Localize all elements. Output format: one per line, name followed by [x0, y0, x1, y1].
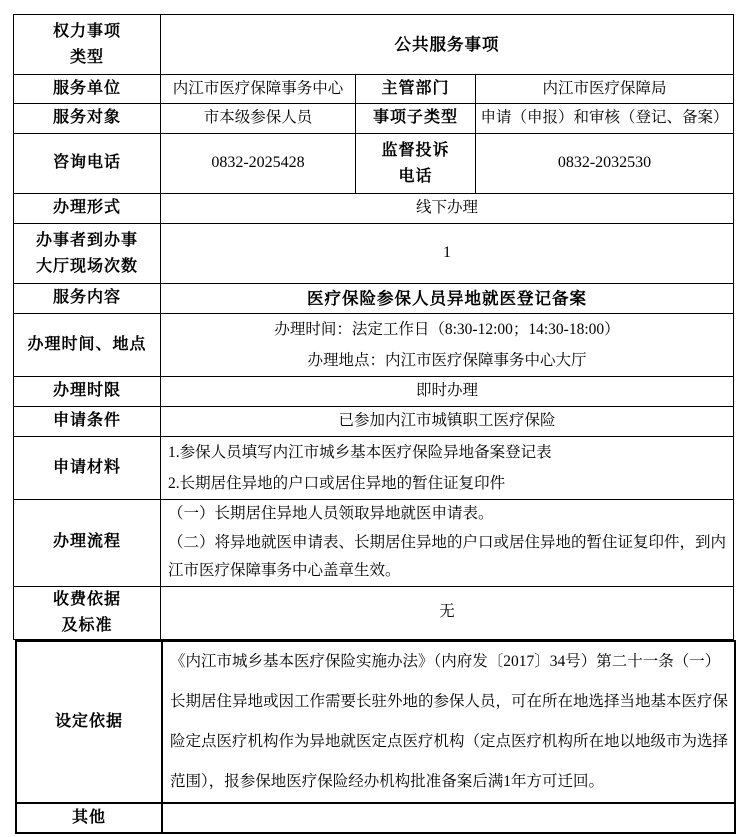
setting-basis-line2: 长期居住异地或因工作需要长驻外地的参保人员，可在所在地选择当地基本医疗保	[170, 682, 730, 722]
handling-process-label: 办理流程	[14, 500, 161, 587]
handling-time-place-value: 办理时间：法定工作日（8:30-12:00；14:30-18:00） 办理地点：…	[161, 314, 734, 377]
application-materials-item1: 1.参保人员填写内江市城乡基本医疗保险异地备案登记表	[168, 437, 729, 468]
power-item-type-label-line2: 类型	[14, 45, 160, 71]
document-page: { "table1": { "rows": [ { "label": ["权力事…	[0, 0, 750, 837]
visit-count-label-line2: 大厅现场次数	[14, 254, 160, 280]
row-service-content: 服务内容 医疗保险参保人员异地就医登记备案	[14, 284, 734, 314]
setting-basis-line4: 范围），报参保地医疗保险经办机构批准备案后满1年方可迁回。	[170, 762, 730, 802]
item-subtype-value: 申请（申报）和审核（登记、备案）	[476, 104, 734, 134]
service-info-table-part1: 权力事项 类型 公共服务事项 服务单位 内江市医疗保障事务中心 主管部门 内江市…	[13, 14, 734, 640]
row-application-materials: 申请材料 1.参保人员填写内江市城乡基本医疗保险异地备案登记表 2.长期居住异地…	[14, 437, 734, 500]
power-item-type-value: 公共服务事项	[161, 15, 734, 75]
application-materials-value: 1.参保人员填写内江市城乡基本医疗保险异地备案登记表 2.长期居住异地的户口或居…	[161, 437, 734, 500]
visit-count-label-line1: 办事者到办事	[14, 228, 160, 254]
visit-count-label: 办事者到办事 大厅现场次数	[14, 224, 161, 284]
row-fee-basis: 收费依据 及标准 无	[14, 586, 734, 639]
other-value	[162, 803, 735, 833]
setting-basis-label: 设定依据	[16, 641, 162, 803]
handling-time-line: 办理时间：法定工作日（8:30-12:00；14:30-18:00）	[161, 314, 733, 345]
row-handling-time-place: 办理时间、地点 办理时间：法定工作日（8:30-12:00；14:30-18:0…	[14, 314, 734, 377]
row-handling-time-limit: 办理时限 即时办理	[14, 377, 734, 407]
service-content-value: 医疗保险参保人员异地就医登记备案	[161, 284, 734, 314]
row-phones: 咨询电话 0832-2025428 监督投诉 电话 0832-2032530	[14, 134, 734, 194]
setting-basis-line3: 险定点医疗机构作为异地就医定点医疗机构（定点医疗机构所在地以地级市为选择	[170, 722, 730, 762]
consult-phone-label: 咨询电话	[14, 134, 161, 194]
application-conditions-label: 申请条件	[14, 407, 161, 437]
service-target-label: 服务对象	[14, 104, 161, 134]
service-content-label: 服务内容	[14, 284, 161, 314]
power-item-type-label: 权力事项 类型	[14, 15, 161, 75]
other-label: 其他	[16, 803, 162, 833]
supervision-phone-label-line2: 电话	[356, 164, 475, 190]
row-service-unit: 服务单位 内江市医疗保障事务中心 主管部门 内江市医疗保障局	[14, 75, 734, 104]
application-materials-label: 申请材料	[14, 437, 161, 500]
fee-basis-label-line1: 收费依据	[14, 587, 160, 613]
row-power-item-type: 权力事项 类型 公共服务事项	[14, 15, 734, 75]
service-unit-value: 内江市医疗保障事务中心	[161, 75, 356, 104]
handling-process-line3: 江市医疗保障事务中心盖章生效。	[168, 557, 729, 586]
supervision-phone-label: 监督投诉 电话	[356, 134, 476, 194]
handling-place-line: 办理地点：内江市医疗保障事务中心大厅	[161, 345, 733, 376]
setting-basis-line1: 《内江市城乡基本医疗保险实施办法》（内府发〔2017〕34号）第二十一条（一）	[170, 642, 730, 682]
application-materials-item2: 2.长期居住异地的户口或居住异地的暂住证复印件	[168, 468, 729, 499]
row-setting-basis: 设定依据 《内江市城乡基本医疗保险实施办法》（内府发〔2017〕34号）第二十一…	[16, 641, 735, 803]
service-target-value: 市本级参保人员	[161, 104, 356, 134]
handling-process-value: （一）长期居住异地人员领取异地就医申请表。 （二）将异地就医申请表、长期居住异地…	[161, 500, 734, 587]
row-application-conditions: 申请条件 已参加内江市城镇职工医疗保险	[14, 407, 734, 437]
handling-time-limit-label: 办理时限	[14, 377, 161, 407]
fee-basis-label-line2: 及标准	[14, 613, 160, 639]
handling-time-place-label: 办理时间、地点	[14, 314, 161, 377]
handling-form-label: 办理形式	[14, 194, 161, 224]
competent-department-value: 内江市医疗保障局	[476, 75, 734, 104]
competent-department-label: 主管部门	[356, 75, 476, 104]
fee-basis-value: 无	[161, 586, 734, 639]
handling-form-value: 线下办理	[161, 194, 734, 224]
fee-basis-label: 收费依据 及标准	[14, 586, 161, 639]
item-subtype-label: 事项子类型	[356, 104, 476, 134]
supervision-phone-label-line1: 监督投诉	[356, 138, 475, 164]
supervision-phone-value: 0832-2032530	[476, 134, 734, 194]
row-handling-process: 办理流程 （一）长期居住异地人员领取异地就医申请表。 （二）将异地就医申请表、长…	[14, 500, 734, 587]
row-handling-form: 办理形式 线下办理	[14, 194, 734, 224]
visit-count-value: 1	[161, 224, 734, 284]
power-item-type-label-line1: 权力事项	[14, 19, 160, 45]
service-unit-label: 服务单位	[14, 75, 161, 104]
setting-basis-value: 《内江市城乡基本医疗保险实施办法》（内府发〔2017〕34号）第二十一条（一） …	[162, 641, 735, 803]
application-conditions-value: 已参加内江市城镇职工医疗保险	[161, 407, 734, 437]
handling-process-line1: （一）长期居住异地人员领取异地就医申请表。	[168, 500, 729, 529]
row-other: 其他	[16, 803, 735, 833]
service-info-table-part2: 设定依据 《内江市城乡基本医疗保险实施办法》（内府发〔2017〕34号）第二十一…	[15, 640, 736, 834]
row-service-target: 服务对象 市本级参保人员 事项子类型 申请（申报）和审核（登记、备案）	[14, 104, 734, 134]
handling-process-line2: （二）将异地就医申请表、长期居住异地的户口或居住异地的暂住证复印件，到内	[168, 529, 729, 558]
consult-phone-value: 0832-2025428	[161, 134, 356, 194]
row-visit-count: 办事者到办事 大厅现场次数 1	[14, 224, 734, 284]
handling-time-limit-value: 即时办理	[161, 377, 734, 407]
